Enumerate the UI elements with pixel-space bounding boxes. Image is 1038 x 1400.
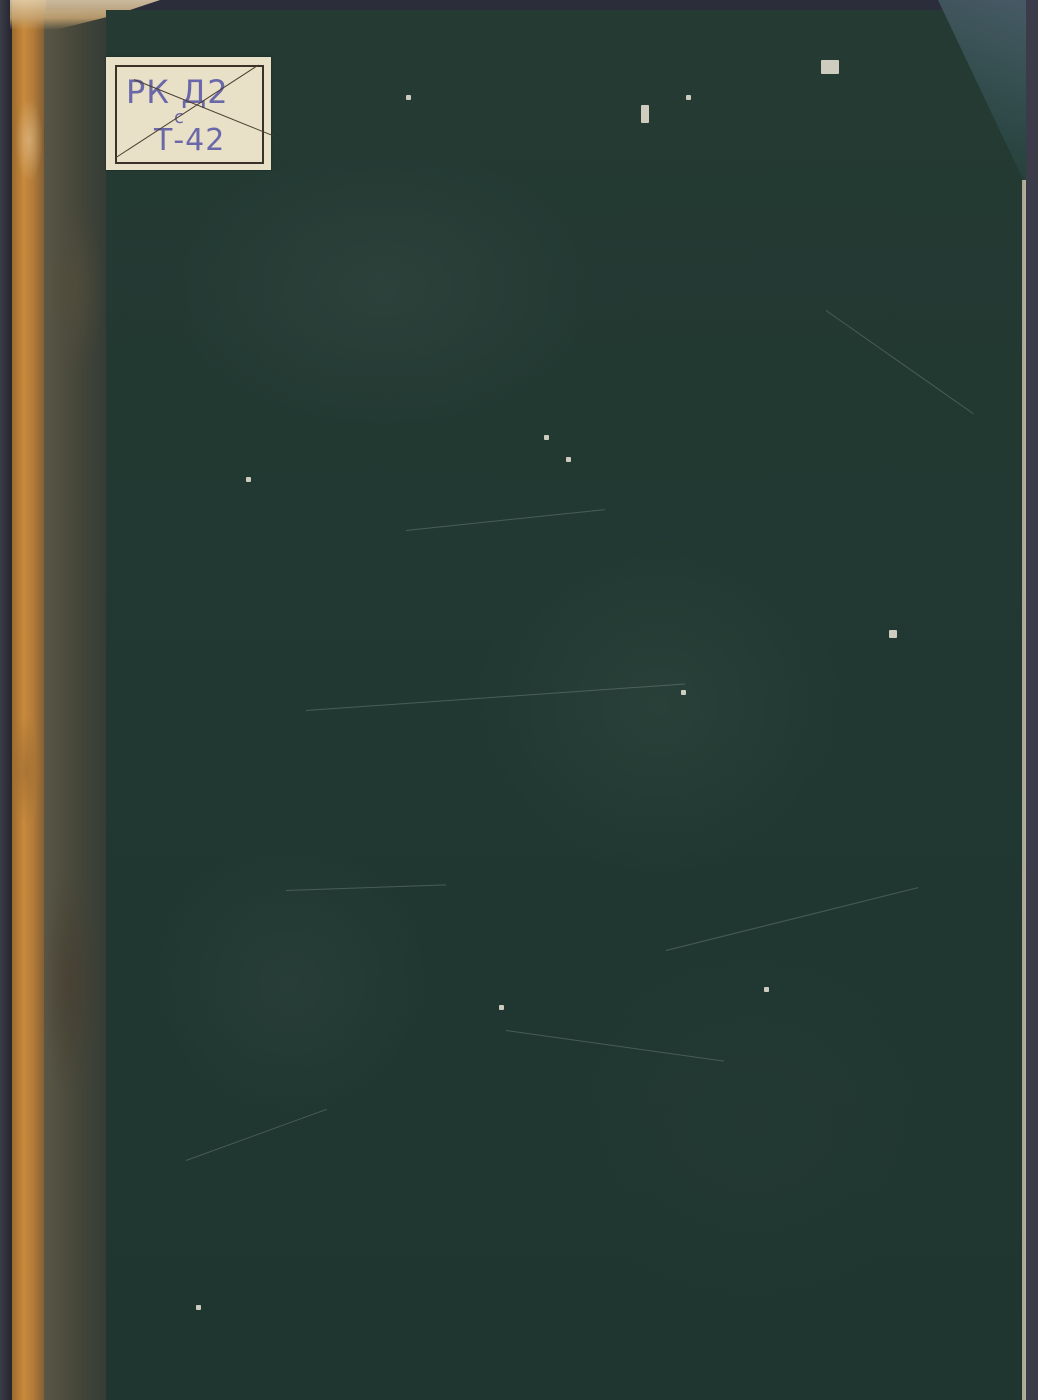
speck	[499, 1005, 504, 1010]
speck	[641, 105, 649, 123]
speck	[889, 630, 897, 638]
library-shelf-label: РК Д2 с Т-42	[106, 57, 271, 170]
spine-cloth-strip	[44, 10, 108, 1400]
scratch	[186, 1109, 327, 1161]
scratch	[306, 683, 685, 711]
cover-board	[106, 10, 1028, 1400]
scratch	[666, 887, 919, 951]
scratch	[406, 509, 605, 531]
speck	[544, 435, 549, 440]
background-margin	[1026, 0, 1038, 1400]
scratch	[286, 884, 446, 891]
scratch	[506, 1030, 724, 1062]
speck	[406, 95, 411, 100]
shelf-mark-line1: РК Д2	[126, 73, 229, 111]
speck	[566, 457, 571, 462]
scratch	[826, 310, 974, 414]
speck	[681, 690, 686, 695]
speck	[821, 60, 839, 74]
shelf-mark-line2: Т-42	[154, 123, 225, 158]
speck	[686, 95, 691, 100]
leather-spine	[12, 0, 46, 1400]
book-cover-photo: РК Д2 с Т-42	[0, 0, 1038, 1400]
speck	[196, 1305, 201, 1310]
speck	[764, 987, 769, 992]
speck	[246, 477, 251, 482]
